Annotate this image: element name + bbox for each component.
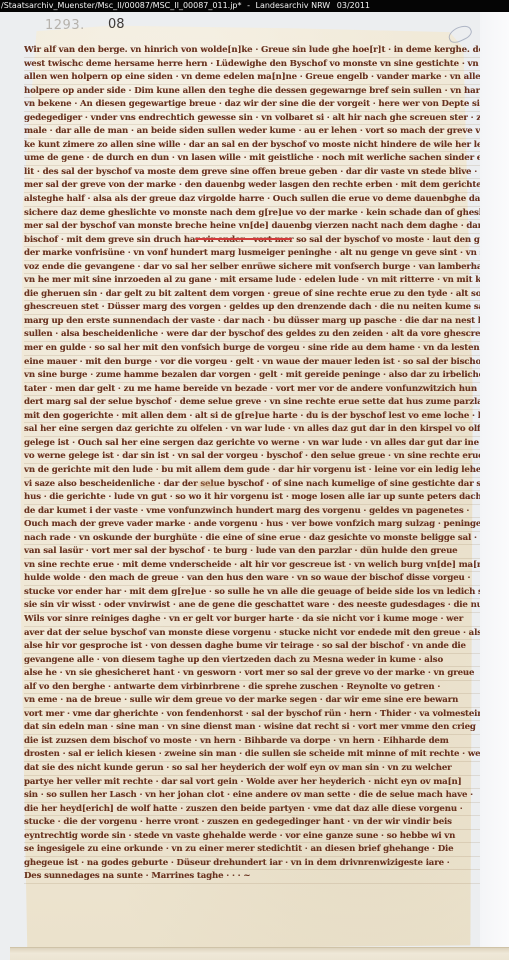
manuscript-line: mit den gogerichte · mit allen dem · alt… — [24, 410, 480, 424]
manuscript-line: die her heyd[erich] de wolf hatte · zusz… — [24, 803, 480, 817]
red-ink-underline — [195, 238, 292, 240]
manuscript-line: Wir alf van den berge. vn hinrich von wo… — [24, 44, 480, 58]
manuscript-line: alse he · vn sie ghesicheret hant · vn g… — [24, 667, 480, 681]
manuscript-line: ghescreuen stet · Düsser marg des vorgen… — [24, 301, 480, 315]
archive-name: Landesarchiv NRW — [256, 1, 331, 10]
manuscript-line: de dar kumet i der vaste · vme vonfunzwi… — [24, 505, 480, 519]
manuscript-line: vo werne gelege ist · dar sin ist · vn s… — [24, 450, 480, 464]
folio-number: 08 — [108, 17, 125, 32]
manuscript-line: dert marg sal der selue byschof · deme s… — [24, 396, 480, 410]
manuscript-line: van sal lasür · vort mer sal der byschof… — [24, 545, 480, 559]
manuscript-text: Wir alf van den berge. vn hinrich von wo… — [24, 44, 480, 884]
manuscript-line: dat sin edeln man · sine man · vn sine d… — [24, 721, 480, 735]
manuscript-line: dat sie des nicht kunde gerun · so sal h… — [24, 762, 480, 776]
manuscript-line: ume de gene · de durch en dun · vn lasen… — [24, 152, 480, 166]
manuscript-line: mer en gulde · so sal her mit den vonfsi… — [24, 342, 480, 356]
manuscript-line: mer sal der greve von der marke · den da… — [24, 179, 480, 193]
manuscript-line: vn bekene · An diesen gegewartige breue … — [24, 98, 480, 112]
manuscript-line: hus · die gerichte · lude vn gut · so wo… — [24, 491, 480, 505]
manuscript-line: Des sunnedages na sunte · Marrines taghe… — [24, 870, 480, 884]
manuscript-line: tater · men dar gelt · zu me hame bereid… — [24, 383, 480, 397]
manuscript-line: sullen · alsa bescheidenliche · were dar… — [24, 328, 480, 342]
manuscript-line: vn he mer mit sine inrzoeden al zu gane … — [24, 274, 480, 288]
corner-ink-mark-icon — [446, 23, 474, 46]
manuscript-line: male · dar alle de man · an beide siden … — [24, 125, 480, 139]
manuscript-line: Ouch mach der greve vader marke · ande v… — [24, 518, 480, 532]
manuscript-line: alf vo den berghe · antwarte dem virbinr… — [24, 681, 480, 695]
title-separator: - — [247, 1, 250, 10]
manuscript-line: Wils vor sinre reiniges daghe · vn er ge… — [24, 613, 480, 627]
viewer-background — [480, 12, 509, 960]
manuscript-line: west twischc deme hersame herre hern · L… — [24, 58, 480, 72]
manuscript-line: marg up den erste sunnendach der vaste ·… — [24, 315, 480, 329]
manuscript-line: vi saze also bescheidenliche · dar der s… — [24, 478, 480, 492]
manuscript-line: vn de gerichte mit den lude · bu mit all… — [24, 464, 480, 478]
manuscript-line: vort mer · vme dar gherichte · von fende… — [24, 708, 480, 722]
manuscript-line: aver dat der selue byschof van monste di… — [24, 627, 480, 641]
manuscript-line: vn sine rechte erue · mit deme vndersche… — [24, 559, 480, 573]
manuscript-line: stucke vor ender har · mit dem g[re]ue ·… — [24, 586, 480, 600]
manuscript-line: sal her eine sergen daz gerichte zu olfe… — [24, 423, 480, 437]
manuscript-line: vn eme · na de breue · sulle wir dem gre… — [24, 694, 480, 708]
manuscript-line: vn sine burge · zume hamme bezalen dar v… — [24, 369, 480, 383]
manuscript-line: gelege ist · Ouch sal her eine sergen da… — [24, 437, 480, 451]
manuscript-line: alse hir vor gesproche ist · von dessen … — [24, 640, 480, 654]
manuscript-line: eyntrechtig worde sin · stede vn vaste g… — [24, 830, 480, 844]
manuscript-line: eine mauer · mit den burge · vor die vor… — [24, 356, 480, 370]
manuscript-line: sichere daz deme gheslichte vo monste na… — [24, 207, 480, 221]
pencil-date-note: 1293. — [45, 18, 85, 33]
manuscript-line: voz ende die gevangene · dar vo sal her … — [24, 261, 480, 275]
scan-date: 03/2011 — [337, 1, 370, 10]
manuscript-line: ke kunt zimere zo allen sine wille · dar… — [24, 139, 480, 153]
manuscript-line: se ingesigele zu eine orkunde · vn zu ei… — [24, 843, 480, 857]
parchment-fold-plica — [10, 947, 509, 960]
manuscript-line: sin · so sullen her Lasch · vn her johan… — [24, 789, 480, 803]
manuscript-line: bischof · mit dem greve sin druch har vi… — [24, 234, 480, 248]
manuscript-line: drosten · sal er ielich kiesen · zweine … — [24, 748, 480, 762]
manuscript-line: ghegeue ist · na godes geburte · Düseur … — [24, 857, 480, 871]
manuscript-line: mer sal der byschof van monste breche he… — [24, 220, 480, 234]
manuscript-line: allen wen holpern op eine siden · vn dem… — [24, 71, 480, 85]
manuscript-line: der marke vonfrisüne · vn vonf hundert m… — [24, 247, 480, 261]
manuscript-line: partye her veller mit rechte · dar sal v… — [24, 776, 480, 790]
manuscript-line: sie sin vir wisst · oder vnvirwist · ane… — [24, 599, 480, 613]
manuscript-line: lit · des sal der byschof va moste dem g… — [24, 166, 480, 180]
manuscript-line: alsteghe half · alsa als der greue daz v… — [24, 193, 480, 207]
manuscript-line: stucke · die der vorgenu · herre vront ·… — [24, 816, 480, 830]
manuscript-line: holpere op ander side · Dim kune allen d… — [24, 85, 480, 99]
manuscript-line: gedegediger · vnder vns endrechtich gewe… — [24, 112, 480, 126]
manuscript-line: gevangene alle · von diesem taghe up den… — [24, 654, 480, 668]
manuscript-line: hulde wolde · den mach de greue · van de… — [24, 572, 480, 586]
manuscript-line: nach rade · vn oskunde der burghüte · di… — [24, 532, 480, 546]
manuscript-line: die ist zuzsen dem bischof vo moste · vn… — [24, 735, 480, 749]
manuscript-line: die gheruen sin · dar gelt zu bit zalten… — [24, 288, 480, 302]
viewer-title-bar: /Staatsarchiv_Muenster/Msc_II/00087/MSC_… — [0, 0, 509, 12]
parchment-stain — [192, 478, 222, 492]
file-path: /Staatsarchiv_Muenster/Msc_II/00087/MSC_… — [1, 1, 242, 10]
